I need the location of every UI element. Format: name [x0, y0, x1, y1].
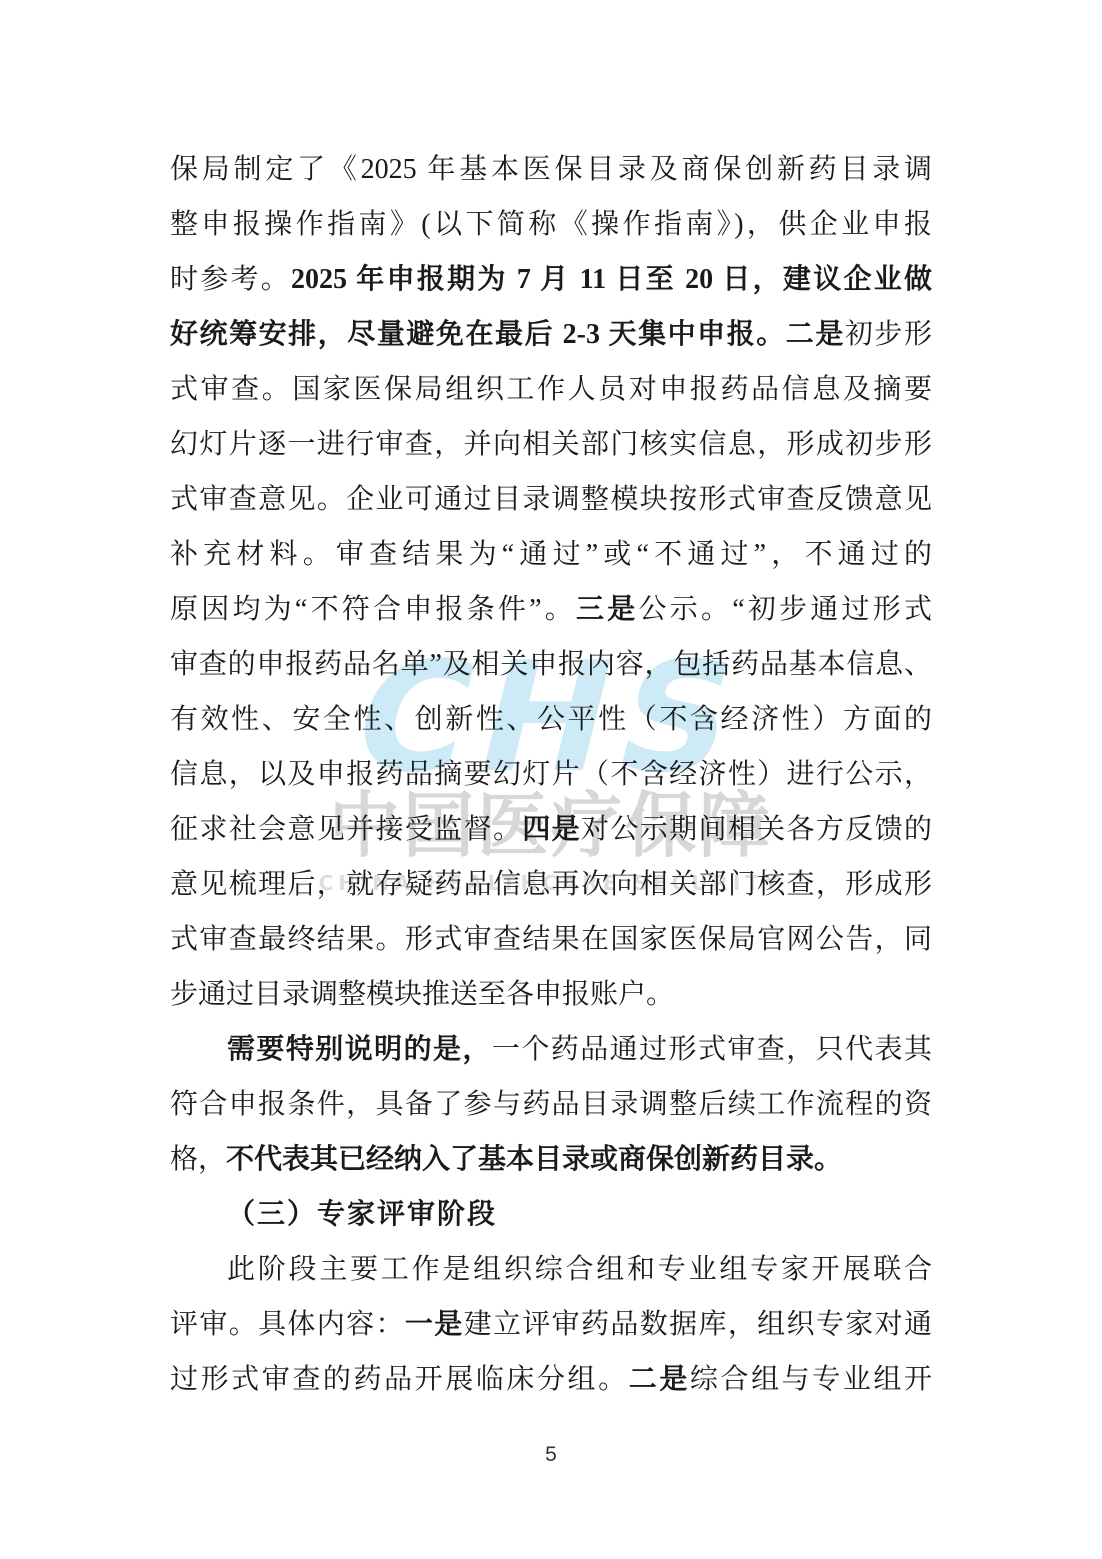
text-line: 好统筹安排，尽量避免在最后 2-3 天集中申报。二是初步形	[170, 307, 932, 362]
text-line: 格，不代表其已经纳入了基本目录或商保创新药目录。	[170, 1132, 932, 1187]
text-run-regular: 时参考。	[170, 264, 291, 295]
text-run-regular: 有效性、安全性、创新性、公平性（不含经济性）方面的	[170, 704, 932, 735]
text-run-regular: 过形式审查的药品开展临床分组。	[170, 1364, 629, 1395]
text-run-regular: 符合申报条件，具备了参与药品目录调整后续工作流程的资	[170, 1089, 932, 1120]
text-run-bold: 需要特别说明的是，	[227, 1034, 492, 1065]
text-run-regular: 征求社会意见并接受监督。	[170, 814, 522, 845]
text-run-regular: 式审查意见。企业可通过目录调整模块按形式审查反馈意见	[170, 484, 932, 515]
text-line: 补充材料。审查结果为“通过”或“不通过”，不通过的	[170, 527, 932, 582]
text-line: 过形式审查的药品开展临床分组。二是综合组与专业组开	[170, 1352, 932, 1407]
text-line: 征求社会意见并接受监督。四是对公示期间相关各方反馈的	[170, 802, 932, 857]
text-run-bold: 二是	[629, 1364, 690, 1395]
text-run-regular: 一个药品通过形式审查，只代表其	[492, 1034, 932, 1065]
document-body: 保局制定了《2025 年基本医保目录及商保创新药目录调整申报操作指南》(以下简称…	[170, 142, 932, 1407]
text-line: 评审。具体内容：一是建立评审药品数据库，组织专家对通	[170, 1297, 932, 1352]
text-run-regular: 对公示期间相关各方反馈的	[581, 814, 932, 845]
text-run-regular: 幻灯片逐一进行审查，并向相关部门核实信息，形成初步形	[170, 429, 932, 460]
text-run-regular: 保局制定了《2025 年基本医保目录及商保创新药目录调	[170, 154, 932, 185]
text-line: 式审查意见。企业可通过目录调整模块按形式审查反馈意见	[170, 472, 932, 527]
text-line: 时参考。2025 年申报期为 7 月 11 日至 20 日，建议企业做	[170, 252, 932, 307]
text-run-regular: 原因均为“不符合申报条件”。	[170, 594, 576, 625]
text-line: 意见梳理后，就存疑药品信息再次向相关部门核查，形成形	[170, 857, 932, 912]
text-line: 整申报操作指南》(以下简称《操作指南》)，供企业申报	[170, 197, 932, 252]
text-run-regular: 信息，以及申报药品摘要幻灯片（不含经济性）进行公示，	[170, 759, 932, 790]
text-line: 式审查最终结果。形式审查结果在国家医保局官网公告，同	[170, 912, 932, 967]
text-run-regular: 步通过目录调整模块推送至各申报账户。	[170, 979, 674, 1010]
text-line: 此阶段主要工作是组织综合组和专业组专家开展联合	[170, 1242, 932, 1297]
text-line: 式审查。国家医保局组织工作人员对申报药品信息及摘要	[170, 362, 932, 417]
text-run-bold: 不代表其已经纳入了基本目录或商保创新药目录。	[226, 1144, 842, 1175]
text-line: 审查的申报药品名单”及相关申报内容，包括药品基本信息、	[170, 637, 932, 692]
text-run-regular: 补充材料。审查结果为“通过”或“不通过”，不通过的	[170, 539, 932, 570]
text-run-regular: 格，	[170, 1144, 226, 1175]
text-run-regular: 建立评审药品数据库，组织专家对通	[464, 1309, 932, 1340]
text-line: 保局制定了《2025 年基本医保目录及商保创新药目录调	[170, 142, 932, 197]
text-line: 幻灯片逐一进行审查，并向相关部门核实信息，形成初步形	[170, 417, 932, 472]
text-run-bold: 2025 年申报期为 7 月 11 日至 20 日，建议企业做	[291, 264, 932, 295]
text-line: 有效性、安全性、创新性、公平性（不含经济性）方面的	[170, 692, 932, 747]
text-run-regular: 国家医保局组织工作人员对申报药品信息及摘要	[292, 374, 932, 405]
text-run-regular: 综合组与专业组开	[690, 1364, 932, 1395]
text-line: 符合申报条件，具备了参与药品目录调整后续工作流程的资	[170, 1077, 932, 1132]
text-run-regular: 式审查最终结果。形式审查结果在国家医保局官网公告，同	[170, 924, 932, 955]
text-line: 原因均为“不符合申报条件”。三是公示。“初步通过形式	[170, 582, 932, 637]
text-run-heading: （三）专家评审阶段	[227, 1199, 497, 1230]
text-run-kai: 公示。	[639, 594, 733, 625]
text-run-bold: 四是	[522, 814, 581, 845]
text-run-regular: 整申报操作指南》(以下简称《操作指南》)，供企业申报	[170, 209, 932, 240]
text-run-regular: 意见梳理后，就存疑药品信息再次向相关部门核查，形成形	[170, 869, 932, 900]
text-line: 信息，以及申报药品摘要幻灯片（不含经济性）进行公示，	[170, 747, 932, 802]
text-run-bold: 三是	[576, 594, 638, 625]
page-number: 5	[0, 1442, 1102, 1468]
text-run-bold: 好统筹安排，尽量避免在最后 2-3 天集中申报。二是	[170, 319, 845, 350]
text-run-regular: 审查的申报药品名单”及相关申报内容，包括药品基本信息、	[170, 649, 932, 680]
text-run-bold: 一是	[405, 1309, 464, 1340]
text-line: （三）专家评审阶段	[170, 1187, 932, 1242]
text-run-regular: “初步通过形式	[732, 594, 932, 625]
text-run-kai: 式审查。	[170, 374, 292, 405]
text-line: 需要特别说明的是，一个药品通过形式审查，只代表其	[170, 1022, 932, 1077]
text-run-regular: 评审。具体内容：	[170, 1309, 405, 1340]
text-run-kai: 初步形	[845, 319, 932, 350]
text-line: 步通过目录调整模块推送至各申报账户。	[170, 967, 932, 1022]
document-page: CHS 中国医疗保障 CHINA HEALTHCARE SECURITY 保局制…	[0, 0, 1102, 1559]
text-run-regular: 此阶段主要工作是组织综合组和专业组专家开展联合	[227, 1254, 932, 1285]
